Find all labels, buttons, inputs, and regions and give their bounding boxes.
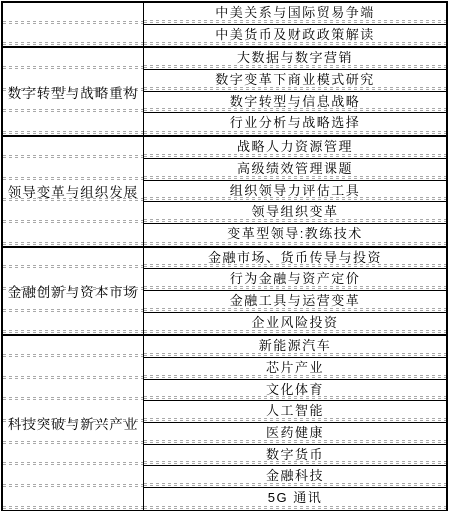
category-label: 金融创新与资本市场 xyxy=(3,248,143,335)
topic-cell: 医药健康 xyxy=(144,423,446,445)
topic-list: 新能源汽车芯片产业文化体育人工智能医药健康数字货币金融科技5G 通讯 xyxy=(144,336,446,510)
topic-cell: 中美关系与国际贸易争端 xyxy=(144,3,446,25)
topic-cell: 组织领导力评估工具 xyxy=(144,181,446,203)
topic-cell: 数字货币 xyxy=(144,445,446,467)
topic-list: 金融市场、货币传导与投资行为金融与资产定价金融工具与运营变革企业风险投资 xyxy=(144,248,446,335)
topics-table: 中美关系与国际贸易争端中美货币及财政政策解读数字转型与战略重构大数据与数字营销数… xyxy=(1,1,448,511)
topic-cell: 金融市场、货币传导与投资 xyxy=(144,248,446,270)
category-label xyxy=(3,3,143,46)
category-group: 领导变革与组织发展战略人力资源管理高级绩效管理课题组织领导力评估工具领导组织变革… xyxy=(3,137,446,247)
category-cell: 数字转型与战略重构 xyxy=(3,48,144,135)
topic-cell: 行为金融与资产定价 xyxy=(144,269,446,291)
topic-cell: 数字转型与信息战略 xyxy=(144,92,446,114)
topic-cell: 金融科技 xyxy=(144,466,446,488)
category-cell: 金融创新与资本市场 xyxy=(3,248,144,335)
category-label: 领导变革与组织发展 xyxy=(3,137,143,245)
topic-cell: 中美货币及财政政策解读 xyxy=(144,25,446,47)
topic-cell: 高级绩效管理课题 xyxy=(144,159,446,181)
page: 中美关系与国际贸易争端中美货币及财政政策解读数字转型与战略重构大数据与数字营销数… xyxy=(0,0,450,511)
topic-list: 大数据与数字营销数字变革下商业模式研究数字转型与信息战略行业分析与战略选择 xyxy=(144,48,446,135)
topic-cell: 数字变革下商业模式研究 xyxy=(144,70,446,92)
category-cell: 领导变革与组织发展 xyxy=(3,137,144,245)
topic-cell: 5G 通讯 xyxy=(144,488,446,510)
topic-cell: 新能源汽车 xyxy=(144,336,446,358)
topic-cell: 人工智能 xyxy=(144,401,446,423)
topic-cell: 芯片产业 xyxy=(144,358,446,380)
category-group: 科技突破与新兴产业新能源汽车芯片产业文化体育人工智能医药健康数字货币金融科技5G… xyxy=(3,336,446,510)
topic-list: 中美关系与国际贸易争端中美货币及财政政策解读 xyxy=(144,3,446,46)
category-label: 数字转型与战略重构 xyxy=(3,48,143,135)
category-cell xyxy=(3,3,144,46)
topic-list: 战略人力资源管理高级绩效管理课题组织领导力评估工具领导组织变革变革型领导:教练技… xyxy=(144,137,446,245)
category-group: 数字转型与战略重构大数据与数字营销数字变革下商业模式研究数字转型与信息战略行业分… xyxy=(3,48,446,137)
topic-cell: 金融工具与运营变革 xyxy=(144,291,446,313)
topic-cell: 行业分析与战略选择 xyxy=(144,113,446,135)
category-label: 科技突破与新兴产业 xyxy=(3,336,143,510)
topic-cell: 企业风险投资 xyxy=(144,313,446,335)
category-cell: 科技突破与新兴产业 xyxy=(3,336,144,510)
topic-cell: 领导组织变革 xyxy=(144,202,446,224)
topic-cell: 文化体育 xyxy=(144,380,446,402)
topic-cell: 战略人力资源管理 xyxy=(144,137,446,159)
category-group: 中美关系与国际贸易争端中美货币及财政政策解读 xyxy=(3,3,446,48)
topic-cell: 大数据与数字营销 xyxy=(144,48,446,70)
topic-cell: 变革型领导:教练技术 xyxy=(144,224,446,246)
category-group: 金融创新与资本市场金融市场、货币传导与投资行为金融与资产定价金融工具与运营变革企… xyxy=(3,248,446,337)
